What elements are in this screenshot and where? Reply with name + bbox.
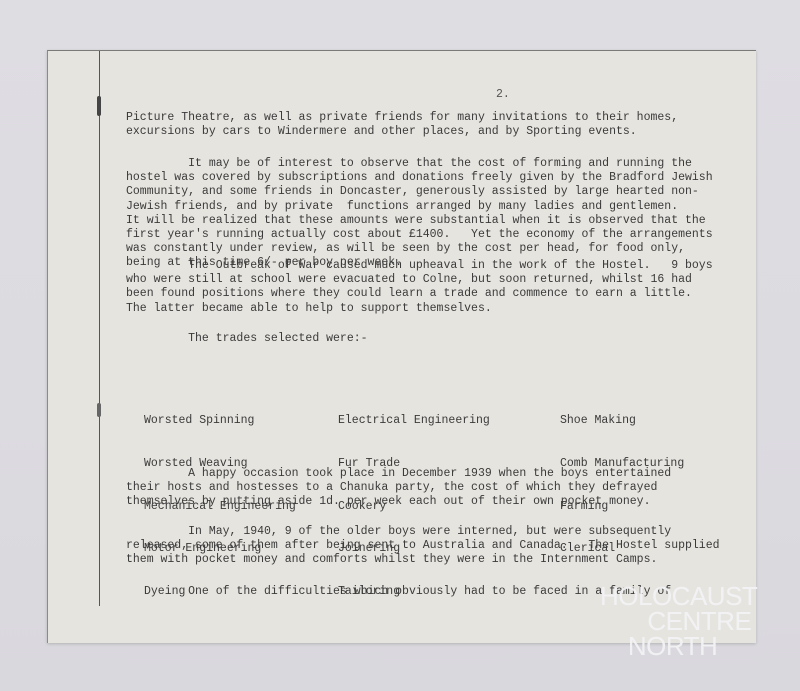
trade-item: Shoe Making [560, 414, 684, 428]
holocaust-centre-north-logo: HOLOCAUST CENTRE NORTH [600, 584, 757, 659]
paragraph: A happy occasion took place in December … [126, 467, 671, 510]
paragraph: The trades selected were:- [126, 332, 368, 346]
margin-mark [97, 96, 101, 116]
document-page: 2. Picture Theatre, as well as private f… [47, 50, 756, 643]
paragraph: One of the difficulties which obviously … [126, 585, 671, 599]
paragraph: In May, 1940, 9 of the older boys were i… [126, 525, 720, 568]
typed-text: 2. Picture Theatre, as well as private f… [126, 51, 766, 236]
paragraph: The Outbreak of War caused much upheaval… [126, 259, 713, 316]
trade-item: Worsted Spinning [144, 414, 296, 428]
margin-rule [99, 51, 100, 606]
page-number: 2. [496, 88, 510, 102]
margin-mark [97, 403, 101, 417]
paragraph: It may be of interest to observe that th… [126, 157, 713, 271]
trade-item: Electrical Engineering [338, 414, 490, 428]
paragraph: Picture Theatre, as well as private frie… [126, 111, 678, 139]
logo-line: NORTH [600, 634, 757, 659]
